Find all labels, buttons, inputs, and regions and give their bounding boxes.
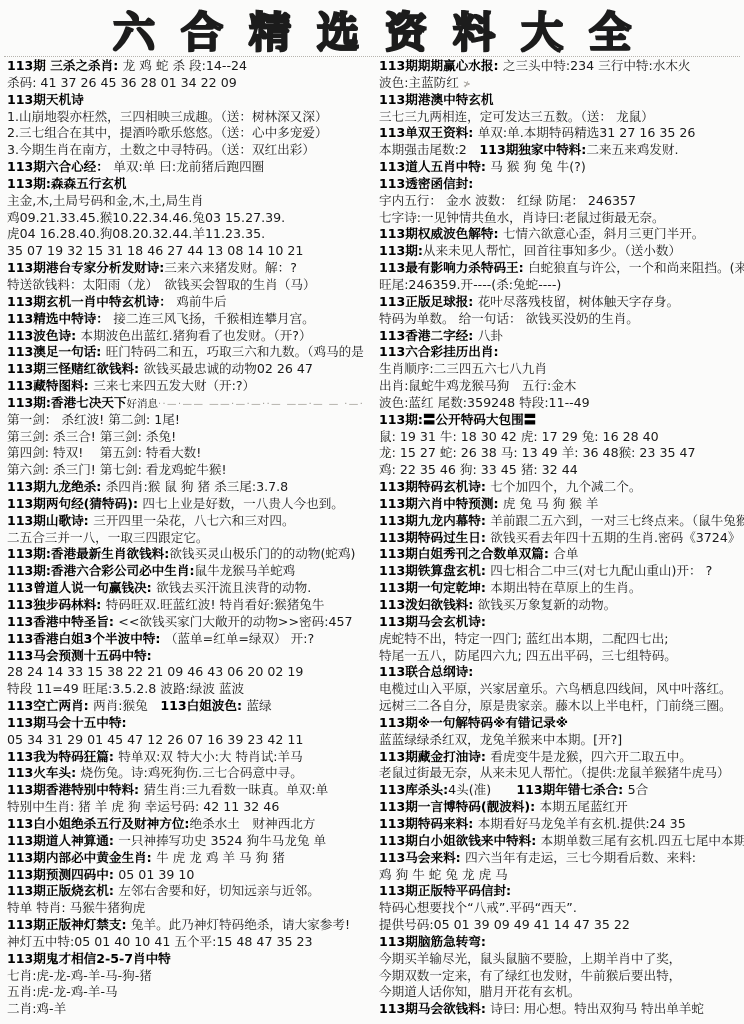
entry-text: 虎04 16.28.40.狗08.20.32.44.羊11.23.35.	[7, 226, 265, 241]
entry-text: 三来七来四五发大财（开:?）	[93, 378, 255, 393]
entry-title: 113正版足球报:	[379, 294, 478, 309]
entry-title: 113期港台专家分析发财诗:	[7, 260, 164, 275]
entry-text: 特码心想要找个“八戒”.平码“西天”.	[379, 900, 577, 915]
entry-text: 4头(准)	[448, 782, 516, 797]
text-line: 113期港台专家分析发财诗:三来六来猪发财。解：?	[7, 260, 372, 277]
entry-title: 113期马会十五中特:	[7, 715, 126, 730]
text-line: 113道人五肖中特: 马 猴 狗 兔 牛(?)	[379, 159, 744, 176]
text-line: 五肖:虎-龙-鸡-羊-马	[7, 984, 372, 1001]
entry-title: 113期铁算盘玄机:	[379, 563, 490, 578]
text-line: 113期一言博特码(靓波料): 本期五尾蓝红开	[379, 799, 744, 816]
text-line: 本期强击尾数:2 113期独家中特料:二来五来鸡发财.	[379, 142, 744, 159]
entry-title: 113期港澳中特玄机	[379, 92, 493, 107]
text-line: 113期港澳中特玄机	[379, 92, 744, 109]
text-line: 龙: 15 27 蛇: 26 38 马: 13 49 羊: 36 48猴: 23…	[379, 445, 744, 462]
entry-text: 本期五尾蓝红开	[540, 799, 628, 814]
text-line: 提供号码:05 01 39 09 49 41 14 47 35 22	[379, 917, 744, 934]
entry-title: 113最有影响力杀特码王:	[379, 260, 528, 275]
text-line: 113期六合心经： 单双:单 曰:龙前猪后跑四圈	[7, 159, 372, 176]
text-line: 3.今期生肖在南方，土数之中寻特码。（送：双红出彩）	[7, 142, 372, 159]
entry-text: 旺门特码二和五，巧取三六和九数。（鸡马的是	[106, 344, 364, 359]
text-line: 三七三九两相连，定可发达三五数。（送： 龙鼠）	[379, 109, 744, 126]
entry-text: 花叶尽落残枝留，树体触天字存身。	[478, 294, 680, 309]
text-line: 二肖:鸡-羊	[7, 1001, 372, 1018]
entry-text: 看虎变牛是龙猴，四六开二取五中。	[490, 749, 692, 764]
entry-text: 鸡前牛后	[176, 294, 226, 309]
text-line: 113我为特码狂篇: 特单双:双 特大小:大 特肖试:羊马	[7, 749, 372, 766]
entry-title: 113火车头:	[7, 765, 81, 780]
text-line: 113正版足球报: 花叶尽落残枝留，树体触天字存身。	[379, 294, 744, 311]
entry-title: 113期马会玄机诗:	[379, 614, 486, 629]
entry-text: 二五合三并一八，一取三四跟定它。	[7, 530, 209, 545]
text-line: 113最有影响力杀特码王: 白蛇狼直与许公，一个和尚来阻挡。(来)	[379, 260, 744, 277]
text-line: 113期:香港七决天下好消息··—·—— ——·—·—··— ——·— — ·—…	[7, 395, 372, 412]
text-line: 鸡 狗 牛 蛇 兔 龙 虎 马	[379, 867, 744, 884]
text-line: 113期九龙内幕特: 羊前跟二五六到，一对三七终点来。（鼠牛兔猴）	[379, 513, 744, 530]
entry-text: 特码旺双.旺蓝红波! 特肖看好:猴猪兔牛	[106, 597, 325, 612]
entry-title: 113藏特图料:	[7, 378, 93, 393]
entry-text: 四七上业是好数，一八贵人今也到。	[142, 496, 344, 511]
entry-text: 波色:蓝红 尾数:359248 特段:11--49	[379, 395, 590, 410]
entry-text: 合单	[553, 546, 578, 561]
entry-text: 欲钱买万象复新的动物。	[478, 597, 617, 612]
entry-title: 113期九龙内幕特:	[379, 513, 490, 528]
entry-text: ≯	[463, 79, 472, 90]
entry-text: 三来六来猪发财。解：?	[164, 260, 297, 275]
text-line: 出肖:鼠蛇牛鸡龙猴马狗 五行:金木	[379, 378, 744, 395]
text-line: 七字诗:一见钟情共鱼水，肖诗曰:老鼠过街最无奈。	[379, 210, 744, 227]
text-line: 蓝蓝绿绿杀红双，龙兔羊猴来中本期。[开?]	[379, 732, 744, 749]
entry-text: 杀码: 41 37 26 45 36 28 01 34 22 09	[7, 75, 237, 90]
entry-title: 113期马会欲钱料:	[379, 1001, 490, 1016]
entry-title: 113期期期赢心水报:	[379, 58, 503, 73]
entry-text: 七字诗:一见钟情共鱼水，肖诗曰:老鼠过街最无奈。	[379, 210, 665, 225]
entry-text: 电榄过山入平原，兴家居童乐。六鸟栖息四线间，风中叶落红。	[379, 681, 732, 696]
entry-title: 113波色诗:	[7, 328, 81, 343]
text-line: 113独步码林料: 特码旺双.旺蓝红波! 特肖看好:猴猪兔牛	[7, 597, 372, 614]
entry-text: 单双:单 曰:龙前猪后跑四圈	[113, 159, 264, 174]
entry-text: 鸡: 22 35 46 狗: 33 45 猪: 32 44	[379, 462, 578, 477]
entry-text: 八卦	[478, 328, 503, 343]
text-line: 113期藏金打油诗: 看虎变牛是龙猴，四六开二取五中。	[379, 749, 744, 766]
entry-title: 113期预测四码中:	[7, 867, 118, 882]
entry-text: 鼠: 19 31 牛: 18 30 42 虎: 17 29 兔: 16 28 4…	[379, 429, 659, 444]
entry-title: 113期特码过生日:	[379, 530, 490, 545]
entry-text: 左邻右舍要和好，切知远亲与近邻。	[118, 883, 320, 898]
entry-title: 113白姐波色:	[160, 698, 246, 713]
entry-text: 四六当年有走运，三七今期看后数、来料:	[465, 850, 696, 865]
entry-text: 2.三七组合在其中，提酒吟歌乐悠悠。（送：心中多宠爱）	[7, 125, 328, 140]
text-line: 波色:蓝红 尾数:359248 特段:11--49	[379, 395, 744, 412]
entry-title: 113期六肖中特预测:	[379, 496, 503, 511]
text-line: 113六合彩挂历出肖:	[379, 344, 744, 361]
entry-title: 113期一言博特码(靓波料):	[379, 799, 540, 814]
text-line: 113期两句经(猜特码): 四七上业是好数，一八贵人今也到。	[7, 496, 372, 513]
text-line: 113白小姐绝杀五行及财神方位:绝杀水土 财神西北方	[7, 816, 372, 833]
right-column: 113期期期赢心水报: 之三头中特:234 三行中特:水木火波色:主蓝防红 ≯1…	[372, 58, 744, 1018]
text-line: 二五合三并一八，一取三四跟定它。	[7, 530, 372, 547]
text-line: 113期特码玄机诗: 七个加四个，九个减二个。	[379, 479, 744, 496]
entry-text: 三七三九两相连，定可发达三五数。（送： 龙鼠）	[379, 109, 654, 124]
entry-title: 113单双王资料:	[379, 125, 478, 140]
entry-title: 113期内部必中黄金生肖:	[7, 850, 156, 865]
entry-title: 113精选中特诗：	[7, 311, 113, 326]
entry-text: 猜生肖:三九看数一昧真。单双:单	[143, 782, 328, 797]
text-line: 113透密函信封:	[379, 176, 744, 193]
text-line: 113期马会玄机诗:	[379, 614, 744, 631]
entry-title: 113期※一句解特码※有错记录※	[379, 715, 568, 730]
text-line: 113期马会欲钱料: 诗曰: 用心想。特出双狗马 特出单羊蛇	[379, 1001, 744, 1018]
entry-text: 兔羊。此乃神灯特码绝杀，请大家参考!	[131, 917, 350, 932]
text-line: 05 34 31 29 01 45 47 12 26 07 16 39 23 4…	[7, 732, 372, 749]
entry-text: 鼠牛龙猴马羊蛇鸡	[195, 563, 296, 578]
entry-text: 二来五来鸡发财.	[586, 142, 678, 157]
entry-title: 113期 三杀之杀肖:	[7, 58, 123, 73]
entry-text: ··—·—— ——·—·—··— ——·— — ·—·	[158, 399, 364, 410]
text-line: 113期特码来料: 本期看好马龙兔羊有玄机.提供:24 35	[379, 816, 744, 833]
text-line: 113联合总纲诗:	[379, 664, 744, 681]
text-line: 113期白姐秀刊之合数单双篇: 合单	[379, 546, 744, 563]
entry-text: 提供号码:05 01 39 09 49 41 14 47 35 22	[379, 917, 630, 932]
text-line: 113泼妇欲钱料: 欲钱买万象复新的动物。	[379, 597, 744, 614]
entry-title: 113期特码玄机诗:	[379, 479, 490, 494]
text-line: 113波色诗: 本期波色出蓝红.猪狗看了也发财。（开?）	[7, 328, 372, 345]
text-line: 旺尾:246359.开----(杀:兔蛇----)	[379, 277, 744, 294]
text-line: 虎蛇特不出，特定一四门; 蓝红出本期，二配四七出;	[379, 631, 744, 648]
entry-text: 三开四里一朵花，八七六和三对四。	[93, 513, 295, 528]
entry-text: 牛 虎 龙 鸡 羊 马 狗 猪	[156, 850, 285, 865]
text-line: 今期双数一定来，有了绿红也发财，牛前猴后要出特，	[379, 968, 744, 985]
text-line: 鸡: 22 35 46 狗: 33 45 猪: 32 44	[379, 462, 744, 479]
entry-text: 05 01 39 10	[118, 867, 194, 882]
entry-text: 本期波色出蓝红.猪狗看了也发财。（开?）	[81, 328, 312, 343]
entry-text: 35 07 19 32 15 31 18 46 27 44 13 08 14 1…	[7, 243, 303, 258]
text-line: 113期道人神算通: 一只神捧写功史 3524 狗牛马龙兔 单	[7, 833, 372, 850]
entry-text: 今期买羊输尽光，鼠头鼠脑不要脸，上期羊肖中了奖，	[379, 951, 681, 966]
entry-text: 特送欲钱料：太阳雨（龙） 欲钱买会智取的生肖（马）	[7, 277, 316, 292]
entry-title: 113期两句经(猜特码):	[7, 496, 142, 511]
entry-title: 113期白小姐欲钱来中特料:	[379, 833, 541, 848]
entry-title: 113期香港特别中特料:	[7, 782, 143, 797]
entry-title: 113期道人神算通:	[7, 833, 118, 848]
text-line: 第一剑： 杀红波! 第二剑: 1尾!	[7, 412, 372, 429]
entry-text: 特段 11=49 旺尾:3.5.2.8 波路:绿波 蓝波	[7, 681, 244, 696]
entry-text: 5合	[628, 782, 649, 797]
entry-text: 本期看好马龙兔羊有玄机.提供:24 35	[478, 816, 686, 831]
text-line: 113期正版特平码信封:	[379, 883, 744, 900]
text-line: 113火车头: 烧伤兔。诗:鸡死狗伤.三七合码意中寻。	[7, 765, 372, 782]
text-line: 113期山歌诗: 三开四里一朵花，八七六和三对四。	[7, 513, 372, 530]
entry-title: 113期山歌诗:	[7, 513, 93, 528]
text-line: 113香港白姐3个半波中特: （蓝单=红单=绿双） 开:?	[7, 631, 372, 648]
entry-title: 113期正版特平码信封:	[379, 883, 511, 898]
entry-text: 远树三二各自分，原是贵家亲。藤木以上半电杆，门前绕三圈。	[379, 698, 732, 713]
text-line: 特送欲钱料：太阳雨（龙） 欲钱买会智取的生肖（马）	[7, 277, 372, 294]
entry-text: 特别中生肖: 猪 羊 虎 狗 幸运号码: 42 11 32 46	[7, 799, 279, 814]
entry-text: 欲钱买看去年四十五期的生肖.密码《3724》	[490, 530, 740, 545]
text-line: 老鼠过街最无奈，从来未见人帮忙。（提供:龙鼠羊猴猪牛虎马）	[379, 765, 744, 782]
entry-text: 本期出特在草原上的生肖。	[490, 580, 641, 595]
text-line: 113期:从来未见人帮忙，回首往事知多少。（送小数）	[379, 243, 744, 260]
entry-text: 今期双数一定来，有了绿红也发财，牛前猴后要出特，	[379, 968, 681, 983]
entry-title: 113期九龙绝杀:	[7, 479, 106, 494]
text-line: 远树三二各自分，原是贵家亲。藤木以上半电杆，门前绕三圈。	[379, 698, 744, 715]
entry-title: 113期鬼才相信2-5-7肖中特	[7, 951, 171, 966]
entry-text: 七个加四个，九个减二个。	[490, 479, 641, 494]
text-line: 第六剑: 杀三门! 第七剑: 看龙鸡蛇牛猴!	[7, 462, 372, 479]
text-line: 113期六肖中特预测: 虎 兔 马 狗 猴 羊	[379, 496, 744, 513]
text-line: 113香港中特圣旨: <<欲钱买家门大敞开的动物>>密码:457	[7, 614, 372, 631]
entry-text: 诗曰: 用心想。特出双狗马 特出单羊蛇	[490, 1001, 704, 1016]
entry-text: 从来未见人帮忙，回首往事知多少。（送小数）	[423, 243, 681, 258]
text-line: 113期特码过生日: 欲钱买看去年四十五期的生肖.密码《3724》	[379, 530, 744, 547]
text-line: 113库杀头:4头(准) 113期年错七杀合: 5合	[379, 782, 744, 799]
entry-title: 113期正版烧玄机:	[7, 883, 118, 898]
text-line: 113期天机诗	[7, 92, 372, 109]
text-line: 113期白小姐欲钱来中特料: 本期单数三尾有玄机.四五七尾中本期	[379, 833, 744, 850]
entry-text: 第四剑: 特双! 第五剑: 特看大数!	[7, 445, 201, 460]
text-line: 113期期期赢心水报: 之三头中特:234 三行中特:水木火	[379, 58, 744, 75]
entry-text: 七肖:虎-龙-鸡-羊-马-狗-猪	[7, 968, 152, 983]
entry-title: 113道人五肖中特:	[379, 159, 490, 174]
text-line: 113期一句定乾坤: 本期出特在草原上的生肖。	[379, 580, 744, 597]
entry-title: 113马会来料:	[379, 850, 465, 865]
entry-text: 一只神捧写功史 3524 狗牛马龙兔 单	[118, 833, 326, 848]
text-line: 113单双王资料: 单双:单.本期特码精选31 27 16 35 26	[379, 125, 744, 142]
text-line: 113期 三杀之杀肖: 龙 鸡 蛇 杀 段:14--24	[7, 58, 372, 75]
entry-text: 二肖:鸡-羊	[7, 1001, 66, 1016]
text-line: 2.三七组合在其中，提酒吟歌乐悠悠。（送：心中多宠爱）	[7, 125, 372, 142]
entry-text: 龙: 15 27 蛇: 26 38 马: 13 49 羊: 36 48猴: 23…	[379, 445, 696, 460]
entry-text: 鸡09.21.33.45.猴10.22.34.46.兔03 15.27.39.	[7, 210, 285, 225]
entry-text: 绝杀水土 财神西北方	[189, 816, 315, 831]
entry-title: 113期玄机一肖中特玄机诗：	[7, 294, 176, 309]
entry-text: 波色:主蓝防红	[379, 75, 463, 90]
entry-title: 113期年错七杀合:	[516, 782, 627, 797]
entry-text: 出肖:鼠蛇牛鸡龙猴马狗 五行:金木	[379, 378, 576, 393]
entry-title: 113期三怪赌红欲钱料:	[7, 361, 143, 376]
text-line: 特单 特肖: 马猴牛猪狗虎	[7, 900, 372, 917]
text-line: 113期正版神灯禁支: 兔羊。此乃神灯特码绝杀，请大家参考!	[7, 917, 372, 934]
text-line: 28 24 14 33 15 38 22 21 09 46 43 06 20 0…	[7, 664, 372, 681]
text-line: 113曾道人说一句赢钱决: 欲钱去买汗流且浃背的动物.	[7, 580, 372, 597]
text-line: 113藏特图料: 三来七来四五发大财（开:?）	[7, 378, 372, 395]
text-line: 113期:香港最新生肖欲钱料:欲钱买灵山极乐门的的动物(蛇鸡)	[7, 546, 372, 563]
entry-title: 113期:森森五行玄机	[7, 176, 126, 191]
text-line: 今期买羊输尽光，鼠头鼠脑不要脸，上期羊肖中了奖，	[379, 951, 744, 968]
text-line: 杀码: 41 37 26 45 36 28 01 34 22 09	[7, 75, 372, 92]
text-line: 电榄过山入平原，兴家居童乐。六鸟栖息四线间，风中叶落红。	[379, 681, 744, 698]
text-line: 今期道人话你知，腊月开花有玄机。	[379, 984, 744, 1001]
entry-text: 本期单数三尾有玄机.四五七尾中本期	[541, 833, 744, 848]
entry-title: 113库杀头:	[379, 782, 448, 797]
text-line: 鸡09.21.33.45.猴10.22.34.46.兔03 15.27.39.	[7, 210, 372, 227]
text-line: 113期:香港六合彩公司必中生肖:鼠牛龙猴马羊蛇鸡	[7, 563, 372, 580]
entry-text: 蓝绿	[246, 698, 271, 713]
entry-text: 马 猴 狗 兔 牛(?)	[490, 159, 586, 174]
entry-title: 113期:〓公开特码大包围〓	[379, 412, 536, 427]
entry-text: 本期强击尾数:2	[379, 142, 479, 157]
entry-text: 特尾一五八，防尾四六九; 四五出平码，三七组特码。	[379, 648, 677, 663]
entry-text: 第一剑： 杀红波! 第二剑: 1尾!	[7, 412, 180, 427]
text-line: 113期鬼才相信2-5-7肖中特	[7, 951, 372, 968]
entry-title: 113空亡两肖:	[7, 698, 93, 713]
text-line: 特码为单数。 给一句话： 欲钱买没奶的生肖。	[379, 311, 744, 328]
text-line: 生肖顺序:二三四五六七八九肖	[379, 361, 744, 378]
entry-text: 特单 特肖: 马猴牛猪狗虎	[7, 900, 145, 915]
entry-title: 113期:香港最新生肖欲钱料:	[7, 546, 169, 561]
entry-title: 113马会预测十五码中特:	[7, 648, 152, 663]
entry-title: 113期一句定乾坤:	[379, 580, 490, 595]
text-line: 113期:〓公开特码大包围〓	[379, 412, 744, 429]
text-line: 113期权威波色解特: 七情六欲意心歪，斜月三更门半开。	[379, 226, 744, 243]
entry-text: 1.山崩地裂亦枉然，三四相映三成趣。（送：树林深又深）	[7, 109, 328, 124]
entry-title: 113我为特码狂篇:	[7, 749, 118, 764]
entry-text: （蓝单=红单=绿双） 开:?	[165, 631, 314, 646]
entry-title: 113期脑筋急转弯:	[379, 934, 486, 949]
entry-title: 113香港中特圣旨:	[7, 614, 118, 629]
entry-text: 宇内五行： 金水 波数： 红绿 防尾： 246357	[379, 193, 636, 208]
entry-text: 接二连三风飞扬，千猴相连攀月宫。	[113, 311, 315, 326]
entry-text: 神灯五中特:05 01 40 10 41 五个平:15 48 47 35 23	[7, 934, 313, 949]
entry-title: 113期特码来料:	[379, 816, 478, 831]
entry-text: 欲钱买最忠诚的动物02 26 47	[143, 361, 312, 376]
text-line: 113澳足一句话: 旺门特码二和五，巧取三六和九数。（鸡马的是	[7, 344, 372, 361]
text-line: 113空亡两肖: 两肖:猴兔 113白姐波色: 蓝绿	[7, 698, 372, 715]
text-line: 113期马会十五中特:	[7, 715, 372, 732]
text-line: 113期预测四码中: 05 01 39 10	[7, 867, 372, 884]
entry-text: 特单双:双 特大小:大 特肖试:羊马	[118, 749, 302, 764]
entry-title: 113期权威波色解特:	[379, 226, 503, 241]
text-line: 113期玄机一肖中特玄机诗： 鸡前牛后	[7, 294, 372, 311]
text-line: 鼠: 19 31 牛: 18 30 42 虎: 17 29 兔: 16 28 4…	[379, 429, 744, 446]
entry-title: 113期:	[379, 243, 423, 258]
entry-text: 今期道人话你知，腊月开花有玄机。	[379, 984, 581, 999]
entry-text: 七情六欲意心歪，斜月三更门半开。	[503, 226, 705, 241]
entry-text: 28 24 14 33 15 38 22 21 09 46 43 06 20 0…	[7, 664, 303, 679]
text-line: 113期香港特别中特料: 猜生肖:三九看数一昧真。单双:单	[7, 782, 372, 799]
entry-title: 113六合彩挂历出肖:	[379, 344, 498, 359]
entry-text: 白蛇狼直与许公，一个和尚来阻挡。(来)	[528, 260, 744, 275]
entry-text: 好消息	[126, 398, 158, 410]
text-line: 113期内部必中黄金生肖: 牛 虎 龙 鸡 羊 马 狗 猪	[7, 850, 372, 867]
entry-title: 113期独家中特料:	[479, 142, 586, 157]
entry-text: 之三头中特:234 三行中特:水木火	[503, 58, 691, 73]
text-line: 波色:主蓝防红 ≯	[379, 75, 744, 92]
entry-title: 113泼妇欲钱料:	[379, 597, 478, 612]
text-line: 第四剑: 特双! 第五剑: 特看大数!	[7, 445, 372, 462]
entry-text: 烧伤兔。诗:鸡死狗伤.三七合码意中寻。	[81, 765, 303, 780]
entry-title: 113期白姐秀刊之合数单双篇:	[379, 546, 553, 561]
text-line: 113期正版烧玄机: 左邻右舍要和好，切知远亲与近邻。	[7, 883, 372, 900]
entry-text: 第六剑: 杀三门! 第七剑: 看龙鸡蛇牛猴!	[7, 462, 227, 477]
text-line: 113精选中特诗： 接二连三风飞扬，千猴相连攀月宫。	[7, 311, 372, 328]
entry-text: 龙 鸡 蛇 杀 段:14--24	[123, 58, 247, 73]
page-title: 六合精选资料大全	[87, 0, 657, 60]
lottery-info-sheet: 六合精选资料大全 113期 三杀之杀肖: 龙 鸡 蛇 杀 段:14--24杀码:…	[0, 0, 744, 1024]
text-line: 113期三怪赌红欲钱料: 欲钱买最忠诚的动物02 26 47	[7, 361, 372, 378]
text-line: 113期脑筋急转弯:	[379, 934, 744, 951]
text-line: 特尾一五八，防尾四六九; 四五出平码，三七组特码。	[379, 648, 744, 665]
entry-text: <<欲钱买家门大敞开的动物>>密码:457	[118, 614, 352, 629]
entry-title: 113期六合心经：	[7, 159, 113, 174]
entry-text: 欲钱去买汗流且浃背的动物.	[156, 580, 311, 595]
entry-text: 单双:单.本期特码精选31 27 16 35 26	[478, 125, 696, 140]
entry-title: 113期藏金打油诗:	[379, 749, 490, 764]
entry-title: 113透密函信封:	[379, 176, 473, 191]
entry-title: 113联合总纲诗:	[379, 664, 473, 679]
text-line: 113期九龙绝杀: 杀四肖:猴 鼠 狗 猪 杀三尾:3.7.8	[7, 479, 372, 496]
entry-title: 113香港二字经:	[379, 328, 478, 343]
entry-text: 旺尾:246359.开----(杀:兔蛇----)	[379, 277, 561, 292]
text-line: 神灯五中特:05 01 40 10 41 五个平:15 48 47 35 23	[7, 934, 372, 951]
entry-text: 鸡 狗 牛 蛇 兔 龙 虎 马	[379, 867, 508, 882]
entry-title: 113期正版神灯禁支:	[7, 917, 131, 932]
entry-title: 113香港白姐3个半波中特:	[7, 631, 165, 646]
text-line: 第三剑: 杀三合! 第三剑: 杀兔!	[7, 429, 372, 446]
entry-text: 05 34 31 29 01 45 47 12 26 07 16 39 23 4…	[7, 732, 303, 747]
entry-text: 羊前跟二五六到，一对三七终点来。（鼠牛兔猴）	[490, 513, 744, 528]
entry-title: 113白小姐绝杀五行及财神方位:	[7, 816, 189, 831]
text-line: 35 07 19 32 15 31 18 46 27 44 13 08 14 1…	[7, 243, 372, 260]
entry-text: 特码为单数。 给一句话： 欲钱买没奶的生肖。	[379, 311, 639, 326]
text-line: 虎04 16.28.40.狗08.20.32.44.羊11.23.35.	[7, 226, 372, 243]
entry-text: 生肖顺序:二三四五六七八九肖	[379, 361, 547, 376]
entry-text: 四七相合二中三(对七九配山重山)开： ?	[490, 563, 712, 578]
left-column: 113期 三杀之杀肖: 龙 鸡 蛇 杀 段:14--24杀码: 41 37 26…	[0, 58, 372, 1018]
text-line: 宇内五行： 金水 波数： 红绿 防尾： 246357	[379, 193, 744, 210]
text-line: 113期铁算盘玄机: 四七相合二中三(对七九配山重山)开： ?	[379, 563, 744, 580]
entry-text: 第三剑: 杀三合! 第三剑: 杀兔!	[7, 429, 176, 444]
entry-title: 113澳足一句话:	[7, 344, 106, 359]
text-line: 113马会来料: 四六当年有走运，三七今期看后数、来料:	[379, 850, 744, 867]
text-line: 113期※一句解特码※有错记录※	[379, 715, 744, 732]
entry-text: 五肖:虎-龙-鸡-羊-马	[7, 984, 118, 999]
text-line: 特码心想要找个“八戒”.平码“西天”.	[379, 900, 744, 917]
page-header: 六合精选资料大全	[0, 0, 744, 56]
text-line: 1.山崩地裂亦枉然，三四相映三成趣。（送：树林深又深）	[7, 109, 372, 126]
entry-text: 两肖:猴兔	[93, 698, 160, 713]
text-line: 113香港二字经: 八卦	[379, 328, 744, 345]
entry-title: 113期:香港六合彩公司必中生肖:	[7, 563, 195, 578]
entry-text: 欲钱买灵山极乐门的的动物(蛇鸡)	[169, 546, 355, 561]
entry-text: 蓝蓝绿绿杀红双，龙兔羊猴来中本期。[开?]	[379, 732, 622, 747]
text-line: 113期:森森五行玄机	[7, 176, 372, 193]
entry-text: 虎蛇特不出，特定一四门; 蓝红出本期，二配四七出;	[379, 631, 669, 646]
entry-text: 3.今期生肖在南方，土数之中寻特码。（送：双红出彩）	[7, 142, 315, 157]
text-line: 特段 11=49 旺尾:3.5.2.8 波路:绿波 蓝波	[7, 681, 372, 698]
entry-title: 113曾道人说一句赢钱决:	[7, 580, 156, 595]
text-line: 主金,木,土局号码和金,木,土,局生肖	[7, 193, 372, 210]
entry-text: 杀四肖:猴 鼠 狗 猪 杀三尾:3.7.8	[106, 479, 288, 494]
text-line: 特别中生肖: 猪 羊 虎 狗 幸运号码: 42 11 32 46	[7, 799, 372, 816]
entry-title: 113独步码林料:	[7, 597, 106, 612]
entry-text: 虎 兔 马 狗 猴 羊	[503, 496, 599, 511]
entry-title: 113期天机诗	[7, 92, 84, 107]
text-line: 七肖:虎-龙-鸡-羊-马-狗-猪	[7, 968, 372, 985]
entry-text: 主金,木,土局号码和金,木,土,局生肖	[7, 193, 203, 208]
entry-text: 老鼠过街最无奈，从来未见人帮忙。（提供:龙鼠羊猴猪牛虎马）	[379, 765, 730, 780]
content-columns: 113期 三杀之杀肖: 龙 鸡 蛇 杀 段:14--24杀码: 41 37 26…	[0, 58, 744, 1018]
text-line: 113马会预测十五码中特:	[7, 648, 372, 665]
entry-title: 113期:香港七决天下	[7, 395, 126, 410]
